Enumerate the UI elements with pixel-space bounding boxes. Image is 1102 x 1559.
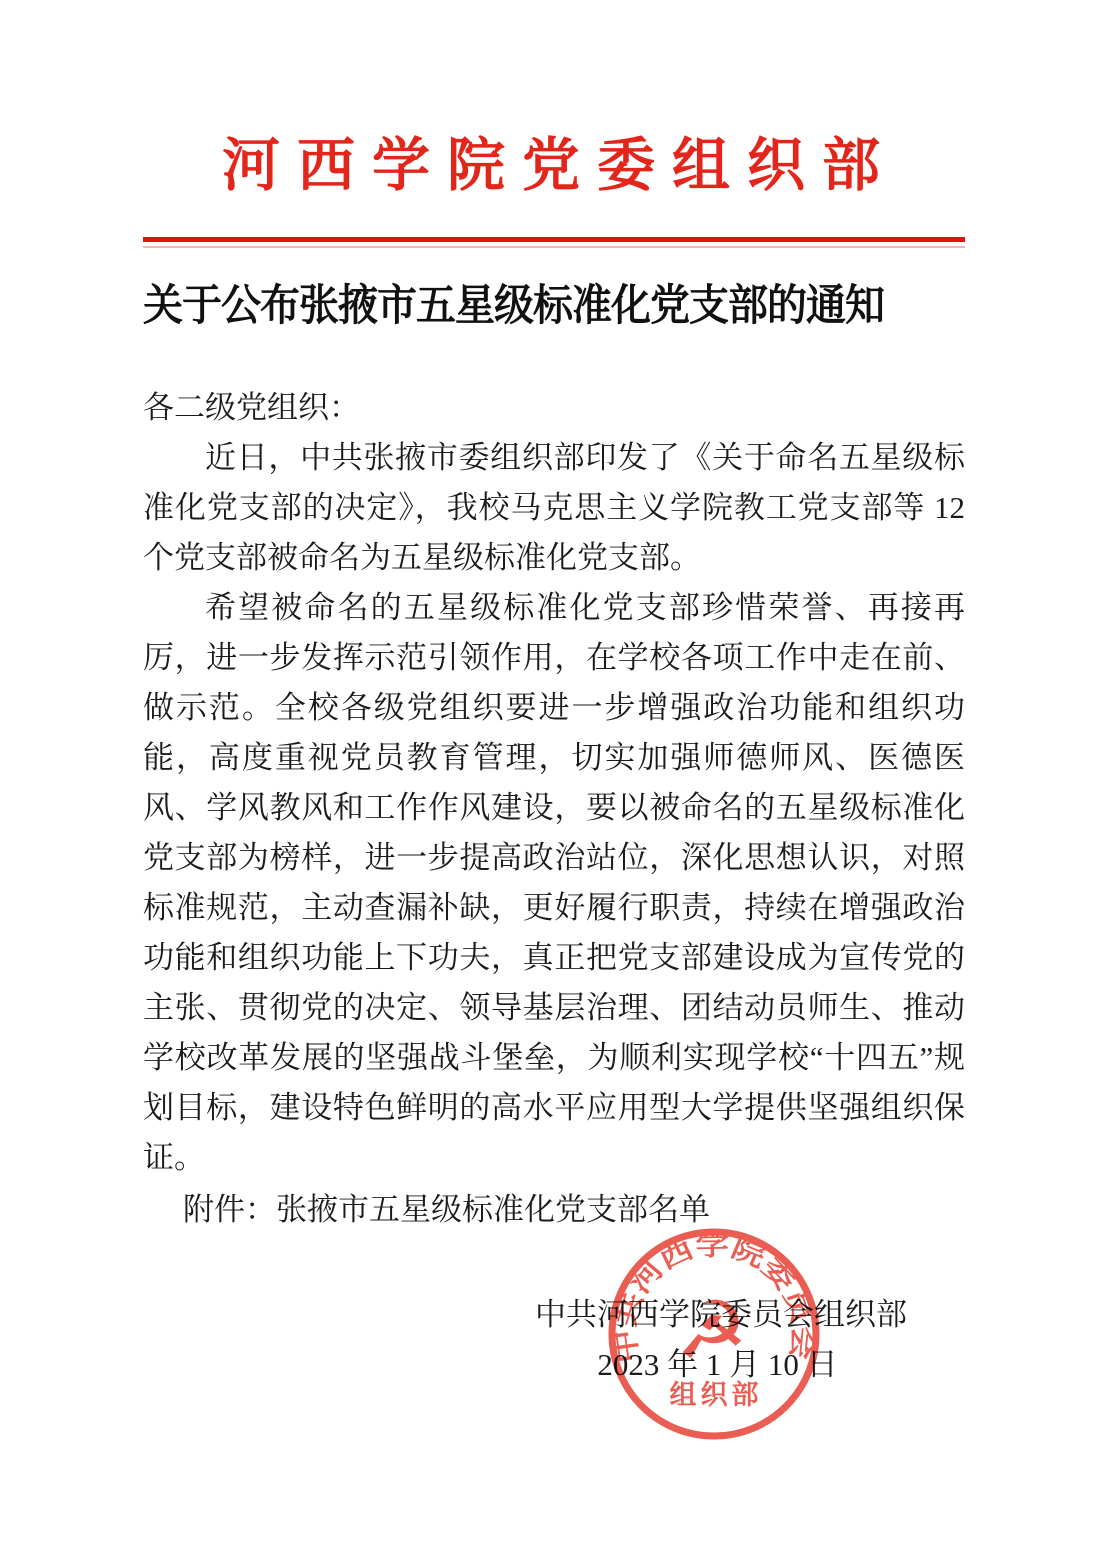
letterhead-rule-thin	[143, 246, 965, 248]
signature-date-line: 2023 年 1 月 10 日	[535, 1340, 900, 1390]
signature-org-line: 中共河西学院委员会组织部	[535, 1290, 900, 1340]
document-body: 各二级党组织： 近日，中共张掖市委组织部印发了《关于命名五星级标准化党支部的决定…	[143, 383, 965, 1183]
document-title: 关于公布张掖市五星级标准化党支部的通知	[143, 282, 965, 330]
signature-block: 中共河西学院委员会组织部 2023 年 1 月 10 日	[535, 1290, 900, 1390]
document-page: 河西学院党委组织部 关于公布张掖市五星级标准化党支部的通知 各二级党组织： 近日…	[0, 0, 1102, 1559]
letterhead-title: 河西学院党委组织部	[0, 128, 1102, 204]
body-paragraph-1: 近日，中共张掖市委组织部印发了《关于命名五星级标准化党支部的决定》，我校马克思主…	[143, 433, 965, 583]
body-paragraph-2: 希望被命名的五星级标准化党支部珍惜荣誉、再接再厉，进一步发挥示范引领作用，在学校…	[143, 583, 965, 1183]
salutation-line: 各二级党组织：	[143, 383, 965, 433]
attachment-line: 附件：张掖市五星级标准化党支部名单	[143, 1185, 965, 1235]
letterhead-rule-thick	[143, 237, 965, 242]
